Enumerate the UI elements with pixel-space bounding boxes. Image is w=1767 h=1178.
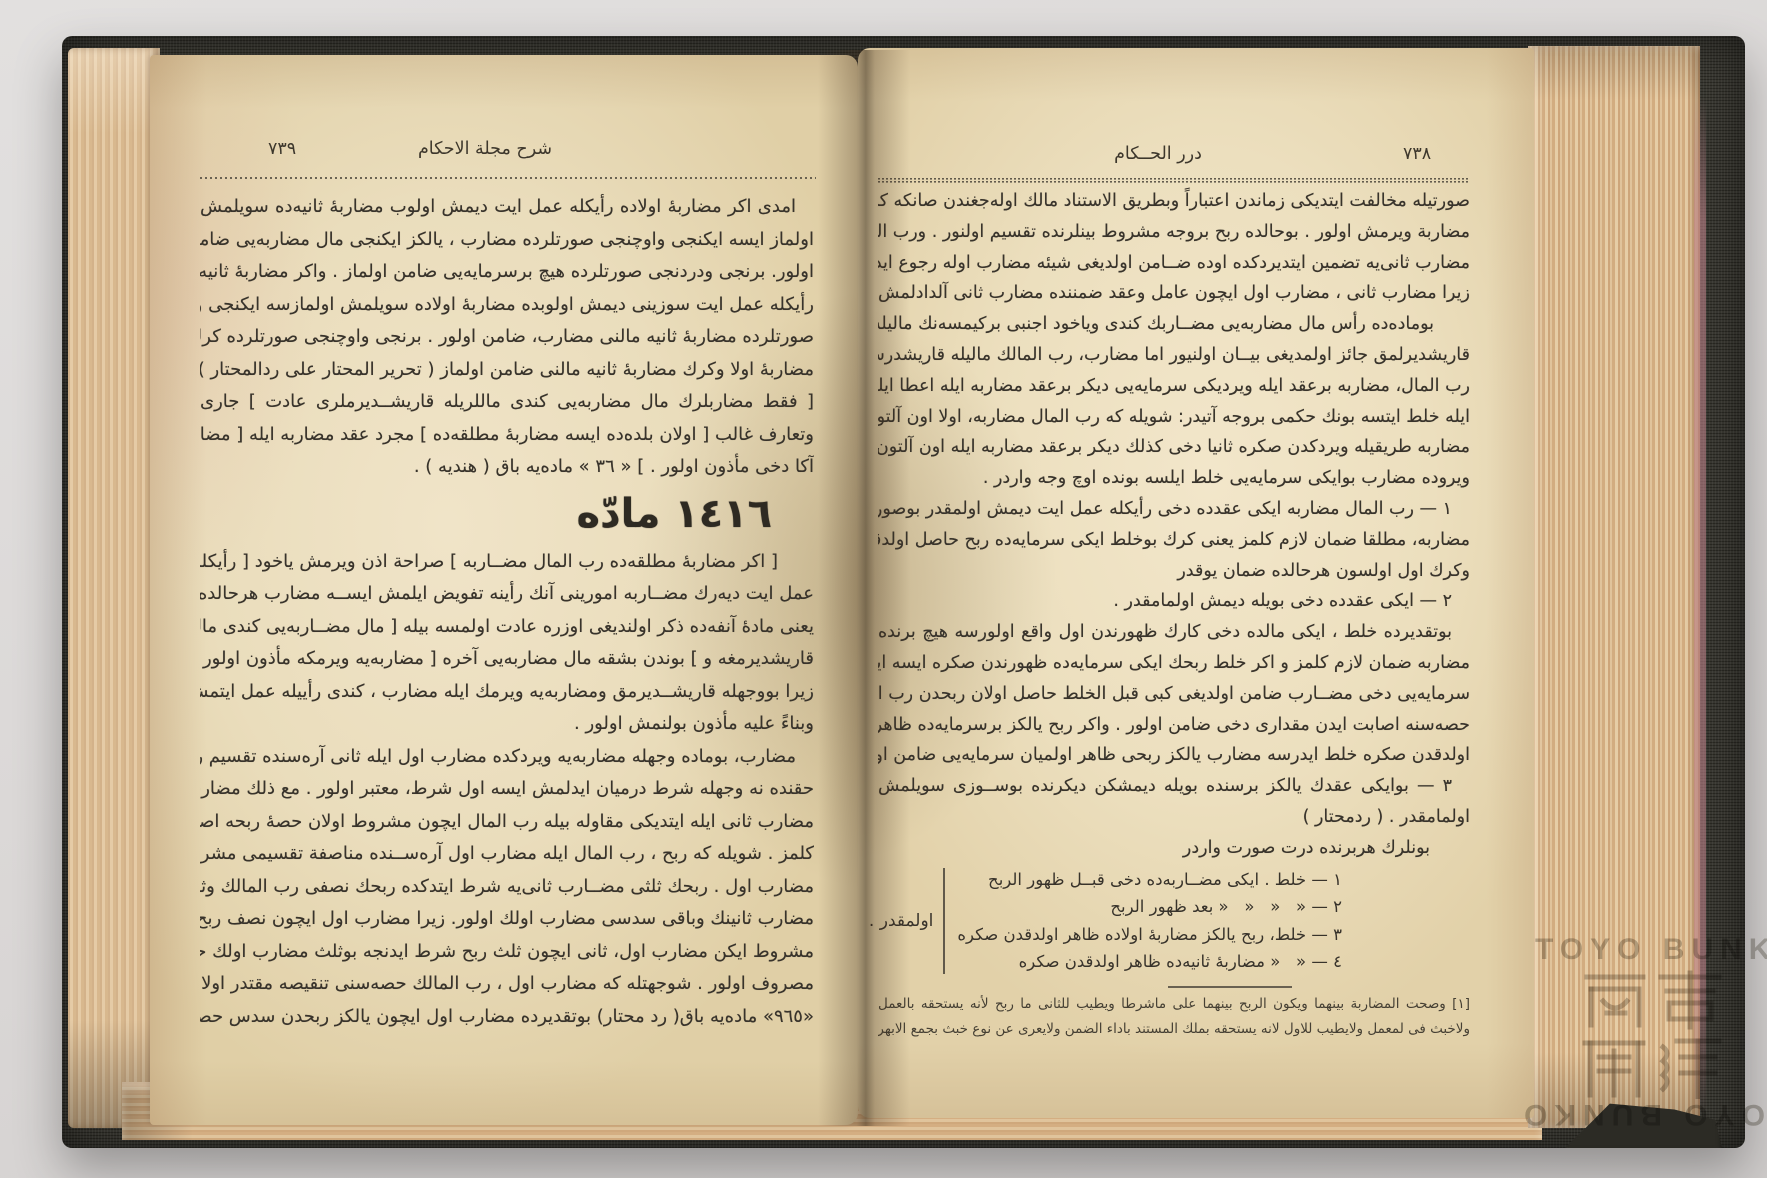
text-line: ٣ — بوايكى عقدك يالكز برسنده بويله ديمشك… — [878, 771, 1470, 802]
left-text-column: امدى اكر مضاربهٔ اولاده رأيكله عمل ايت د… — [200, 191, 814, 1033]
cases-brace-line — [943, 868, 945, 974]
fore-edge-pink-tint — [1694, 96, 1706, 1116]
text-line: اولور. برنجى ودردنجى صورتلرده هيچ برسرما… — [200, 256, 814, 289]
text-line: ٢ — ايكى عقدده دخى بويله ديمش اولمامقدر … — [878, 586, 1470, 617]
text-line: ١ — رب المال مضاربه ايكى عقدده دخى رأيكل… — [878, 494, 1470, 525]
text-line: مصروف اولور . شوجهتله كه مضارب اول ، رب … — [200, 968, 814, 1001]
numbered-clause-2: ٢ — ايكى عقدده دخى بويله ديمش اولمامقدر … — [878, 586, 1470, 617]
paragraph: صورتيله مخالفت ايتديكى زماندن اعتباراً و… — [878, 186, 1470, 309]
text-line: اولدقدن صكره خلط ايدرسه مضارب يالكز ربحى… — [878, 740, 1470, 771]
right-page-number: ٧٣٨ — [1403, 144, 1431, 164]
text-line: حقنده نه وجهله شرط درميان ايدلمش ايسه او… — [200, 773, 814, 806]
right-running-title: درر الحــكام — [1114, 144, 1202, 164]
text-line: مضاربهٔ اولا وكرك مضاربهٔ ثانيه مالنى ضا… — [200, 354, 814, 387]
text-line: ١ — خلط . ايكى مضــاربه‌ده دخى قبــل ظهو… — [957, 866, 1342, 894]
right-page-header: درر الحــكام ٧٣٨ — [858, 144, 1534, 170]
text-line: وكرك اول اولسون هرحالده ضمان يوقدر — [878, 556, 1470, 587]
text-line: مضارب ثانى‌يه تضمين ايتديردكده اوده ضــا… — [878, 248, 1470, 279]
text-line: صورتلرده مضاربهٔ ثانيه مالنى مضارب، ضامن… — [200, 321, 814, 354]
text-line: آكا دخى مأذون اولور . ] « ٣٦ » ماده‌يه ب… — [200, 451, 814, 484]
left-page-number: ٧٣٩ — [268, 139, 296, 159]
text-line: ٣ — خلط، ربح يالكز مضاربهٔ اولاده ظاهر ا… — [957, 921, 1342, 949]
text-line: زيرا بووجهله قاريشــديرمق ومضاربه‌يه وير… — [200, 676, 814, 709]
text-line: صورتيله مخالفت ايتديكى زماندن اعتباراً و… — [878, 186, 1470, 217]
text-line: «٩٦٥» ماده‌يه باق( رد محتار) بوتقديرده م… — [200, 1001, 814, 1034]
cases-list: ١ — خلط . ايكى مضــاربه‌ده دخى قبــل ظهو… — [957, 866, 1342, 976]
text-line: اولمامقدر . ( ردمحتار ) — [878, 802, 1470, 833]
left-running-title: شرح مجلة الاحكام — [418, 139, 552, 159]
text-line: قاريشديرمغه و ] بوندن بشقه مال مضاربه‌يى… — [200, 643, 814, 676]
cases-intro-line: بونلرك هربرنده درت صورت واردر — [878, 833, 1470, 864]
text-line: مضارب ثانى ايله ايتديكى مقاوله بيله رب ا… — [200, 806, 814, 839]
right-text-column: صورتيله مخالفت ايتديكى زماندن اعتباراً و… — [878, 186, 1470, 1042]
left-page-stack-edge — [68, 48, 160, 1128]
text-line: مضاربة ويرمش اولور . بوحالده ربح بروجه م… — [878, 217, 1470, 248]
text-line: مضارب، بوماده وجهله مضاربه‌يه ويردكده مض… — [200, 741, 814, 774]
text-line: رب المال، مضاربه برعقد ايله ويرديكى سرما… — [878, 371, 1470, 402]
right-fore-edge — [1528, 46, 1700, 1128]
text-line: ٢ — « « « « بعد ظهور الربح — [957, 893, 1342, 921]
open-book: ٧٣٩ شرح مجلة الاحكام امدى اكر مضاربهٔ او… — [62, 36, 1745, 1148]
paragraph: [ فقط مضاربلرك مال مضاربه‌يى كندى ماللري… — [200, 386, 814, 484]
numbered-clause-3: ٣ — بوايكى عقدك يالكز برسنده بويله ديمشك… — [878, 771, 1470, 833]
right-header-rule — [878, 178, 1468, 183]
text-line: كلمز . شويله كه ربح ، رب المال ايله مضار… — [200, 838, 814, 871]
paragraph: امدى اكر مضاربهٔ اولاده رأيكله عمل ايت د… — [200, 191, 814, 386]
text-line: وتعارف غالب [ اولان بلده‌ده ايسه مضاربهٔ… — [200, 419, 814, 452]
text-line: حصه‌سنه اصابت ايدن مقدارى دخى ضامن اولور… — [878, 710, 1470, 741]
numbered-clause-1: ١ — رب المال مضاربه ايكى عقدده دخى رأيكل… — [878, 494, 1470, 586]
text-line: [ فقط مضاربلرك مال مضاربه‌يى كندى ماللري… — [200, 386, 814, 419]
text-line: سرمايه‌يى دخى مضــارب ضامن اولديغى كبى ق… — [878, 679, 1470, 710]
text-line: ولاخبث فى لمعمل ولايطيب للاول لانه يستحق… — [878, 1017, 1470, 1042]
text-line: ايله خلط ايتسه بونك حكمى بروجه آتيدر: شو… — [878, 402, 1470, 433]
text-line: ويروده مضارب بوايكى سرمايه‌يى خلط ايلسه … — [878, 463, 1470, 494]
text-line: يعنى مادهٔ آنفه‌ده ذكر اولنديغى اوزره عا… — [200, 611, 814, 644]
text-line: قاريشديرلمق جائز اولمديغى بيــان اولنيور… — [878, 340, 1470, 371]
text-line: ٤ — « « مضاربهٔ ثانيه‌ده ظاهر اولدقدن صك… — [957, 948, 1342, 976]
paragraph: بوتقديرده خلط ، ايكى مالده دخى كارك ظهور… — [878, 617, 1470, 771]
left-header-rule — [200, 177, 816, 179]
text-line: مضاربه ضمان لازم كلمز و اكر خلط ربحك ايك… — [878, 648, 1470, 679]
text-line: بوماده‌ده رأس مال مضاربه‌يى مضــاربك كند… — [878, 309, 1470, 340]
text-line: مضاربه، مطلقا ضمان لازم كلمز يعنى كرك بو… — [878, 525, 1470, 556]
cases-shared-label: اولمقدر . — [869, 911, 933, 931]
text-line: مضارب اول . ربحك ثلثى مضــارب ثانى‌يه شر… — [200, 871, 814, 904]
text-line: [١] وصحت المضاربة بينهما ويكون الربح بين… — [878, 992, 1470, 1017]
paragraph: مضارب، بوماده وجهله مضاربه‌يه ويردكده مض… — [200, 741, 814, 1034]
four-cases-table: ١ — خلط . ايكى مضــاربه‌ده دخى قبــل ظهو… — [878, 866, 1470, 976]
text-line: مشروط ايكن مضارب اول، ثانى ايچون ثلث ربح… — [200, 936, 814, 969]
paragraph: بوماده‌ده رأس مال مضاربه‌يى مضــاربك كند… — [878, 309, 1470, 494]
footnote: [١] وصحت المضاربة بينهما ويكون الربح بين… — [878, 992, 1470, 1042]
text-line: زيرا مضارب ثانى ، مضارب اول ايچون عامل و… — [878, 278, 1470, 309]
article-1416-heading: ١٤١٦ مادّه — [200, 484, 814, 546]
text-line: بوتقديرده خلط ، ايكى مالده دخى كارك ظهور… — [878, 617, 1470, 648]
text-line: مضارب ثانينك وباقى سدسى مضارب اولك اولور… — [200, 903, 814, 936]
text-line: امدى اكر مضاربهٔ اولاده رأيكله عمل ايت د… — [200, 191, 814, 224]
text-line: اولماز ايسه ايكنجى واوچنجى صورتلرده مضار… — [200, 224, 814, 257]
right-page: درر الحــكام ٧٣٨ صورتيله مخالفت ايتديكى … — [858, 48, 1534, 1118]
text-line: رأيكله عمل ايت سوزينى ديمش اولوبده مضارب… — [200, 289, 814, 322]
text-line: [ اكر مضاربهٔ مطلقه‌ده رب المال مضــاربه… — [200, 546, 814, 579]
text-line: وبناءً عليه مأذون بولنمش اولور . — [200, 708, 814, 741]
photo-background: ٧٣٩ شرح مجلة الاحكام امدى اكر مضاربهٔ او… — [0, 0, 1767, 1178]
left-page: ٧٣٩ شرح مجلة الاحكام امدى اكر مضاربهٔ او… — [150, 55, 858, 1125]
text-line: عمل ايت ديه‌رك مضــاربه امورينى آنك رأين… — [200, 578, 814, 611]
footnote-separator — [1168, 986, 1292, 988]
left-page-header: ٧٣٩ شرح مجلة الاحكام — [150, 139, 858, 165]
text-line: مضاربه طريقيله ويردكدن صكره ثانيا دخى كذ… — [878, 432, 1470, 463]
paragraph: [ اكر مضاربهٔ مطلقه‌ده رب المال مضــاربه… — [200, 546, 814, 741]
